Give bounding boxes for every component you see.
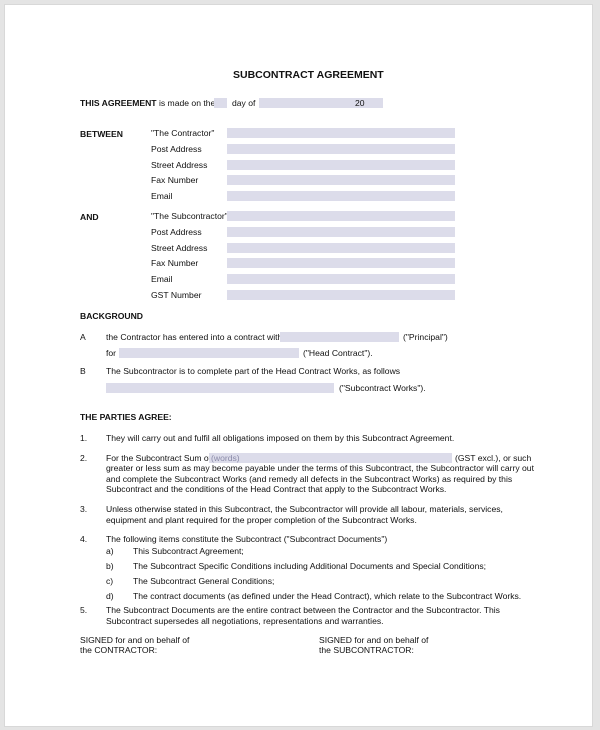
item-3-text: Unless otherwise stated in this Subcontr…	[106, 504, 538, 525]
subcontractor-field-label: Fax Number	[151, 258, 198, 269]
intro-made-on: is made on the	[159, 98, 215, 108]
sub-item-marker: b)	[106, 561, 114, 572]
principal-label: ("Principal")	[403, 332, 448, 343]
subcontractor-field-input[interactable]	[227, 258, 455, 268]
contractor-field-label: Fax Number	[151, 175, 198, 186]
subcontract-works-label: ("Subcontract Works").	[339, 383, 426, 394]
sub-item-text: The contract documents (as defined under…	[133, 591, 521, 602]
day-field[interactable]	[214, 98, 227, 108]
item-1-text: They will carry out and fulfil all oblig…	[106, 433, 454, 444]
principal-field[interactable]	[280, 332, 399, 342]
sub-item-text: This Subcontract Agreement;	[133, 546, 244, 557]
subcontractor-field-input[interactable]	[227, 290, 455, 300]
item-2-text: greater or less sum as may become payabl…	[106, 463, 536, 495]
subcontractor-signature-line2: the SUBCONTRACTOR:	[319, 645, 414, 656]
year-prefix: 20	[355, 98, 365, 109]
item-3-number: 3.	[80, 504, 87, 515]
contractor-field-input[interactable]	[227, 160, 455, 170]
subcontractor-field-label: "The Subcontractor"	[151, 211, 228, 222]
contractor-field-input[interactable]	[227, 175, 455, 185]
subcontractor-field-input[interactable]	[227, 227, 455, 237]
item-4-number: 4.	[80, 534, 87, 545]
head-contract-label: ("Head Contract").	[303, 348, 373, 359]
item-4-text: The following items constitute the Subco…	[106, 534, 387, 545]
background-a-marker: A	[80, 332, 86, 343]
intro-line: THIS AGREEMENT is made on the	[80, 98, 215, 109]
contractor-field-label: Post Address	[151, 144, 202, 155]
head-contract-field[interactable]	[119, 348, 299, 358]
sub-item-text: The Subcontract General Conditions;	[133, 576, 274, 587]
background-b-marker: B	[80, 366, 86, 377]
document-title: SUBCONTRACT AGREEMENT	[233, 69, 384, 81]
between-label: BETWEEN	[80, 129, 123, 140]
contractor-field-label: "The Contractor"	[151, 128, 214, 139]
day-of-label: day of	[232, 98, 255, 109]
sub-item-marker: a)	[106, 546, 114, 557]
sub-item-marker: d)	[106, 591, 114, 602]
subcontractor-field-input[interactable]	[227, 243, 455, 253]
for-label: for	[106, 348, 116, 359]
subcontractor-field-label: Post Address	[151, 227, 202, 238]
contractor-field-input[interactable]	[227, 128, 455, 138]
and-label: AND	[80, 212, 99, 223]
contractor-field-input[interactable]	[227, 144, 455, 154]
subcontractor-field-input[interactable]	[227, 274, 455, 284]
subcontract-sum-field[interactable]: (words)	[209, 453, 452, 463]
subcontract-works-field[interactable]	[106, 383, 334, 393]
intro-lead: THIS AGREEMENT	[80, 98, 157, 108]
subcontractor-field-input[interactable]	[227, 211, 455, 221]
background-heading: BACKGROUND	[80, 311, 143, 322]
background-b-text: The Subcontractor is to complete part of…	[106, 366, 400, 377]
item-5-number: 5.	[80, 605, 87, 616]
contractor-signature-line2: the CONTRACTOR:	[80, 645, 157, 656]
item-1-number: 1.	[80, 433, 87, 444]
item-5-text: The Subcontract Documents are the entire…	[106, 605, 538, 626]
background-a-text: the Contractor has entered into a contra…	[106, 332, 282, 343]
contractor-field-input[interactable]	[227, 191, 455, 201]
parties-agree-heading: THE PARTIES AGREE:	[80, 412, 172, 423]
subcontractor-field-label: Email	[151, 274, 173, 285]
subcontractor-field-label: GST Number	[151, 290, 201, 301]
sub-item-text: The Subcontract Specific Conditions incl…	[133, 561, 486, 572]
item-2-number: 2.	[80, 453, 87, 464]
contractor-field-label: Email	[151, 191, 173, 202]
sub-item-marker: c)	[106, 576, 113, 587]
contractor-field-label: Street Address	[151, 160, 207, 171]
subcontractor-field-label: Street Address	[151, 243, 207, 254]
